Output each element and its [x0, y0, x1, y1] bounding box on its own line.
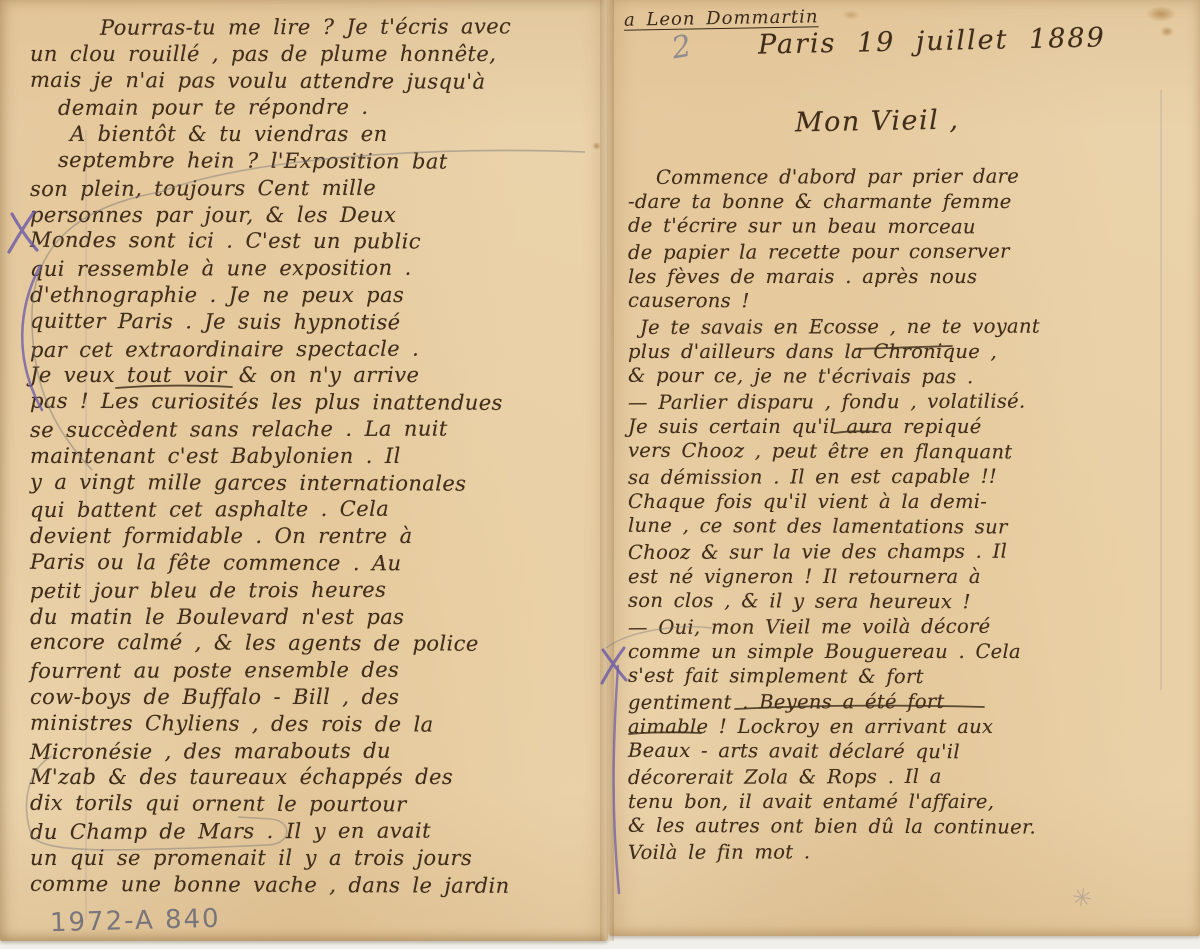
handwriting-line: Chaque fois qu'il vient à la demi- — [628, 489, 1188, 514]
handwriting-line: causerons ! — [628, 288, 1188, 315]
dedication-annotation: a Leon Dommartin — [624, 6, 819, 30]
handwriting-line: fourrent au poste ensemble des — [30, 656, 608, 685]
handwriting-line: du matin le Boulevard n'est pas — [30, 604, 608, 631]
handwriting-line: de papier la recette pour conserver — [628, 238, 1188, 265]
handwriting-line: Beaux - arts avait déclaré qu'il — [628, 738, 1188, 765]
handwriting-line: devient formidable . On rentre à — [30, 523, 608, 550]
handwriting-line: son plein, toujours Cent mille — [30, 174, 608, 203]
handwriting-line: comme un simple Bouguereau . Cela — [628, 639, 1188, 664]
right-page-text: Commence d'abord par prier dare -dare ta… — [628, 164, 1188, 864]
handwriting-line: A bientôt & tu viendras en — [30, 121, 608, 148]
handwriting-line: M'zab & des taureaux échappés des — [30, 764, 608, 791]
salutation: Mon Vieil , — [795, 105, 960, 139]
left-page-text: Pourras-tu me lire ? Je t'écris avec un … — [30, 14, 608, 898]
handwriting-line: gentiment . Beyens a été fort — [628, 688, 1188, 715]
handwriting-line: Mondes sont ici . C'est un public — [30, 227, 608, 256]
handwriting-line: Pourras-tu me lire ? Je t'écris avec — [30, 13, 608, 42]
handwriting-line: les fèves de marais . après nous — [628, 264, 1188, 289]
handwriting-line: Commence d'abord par prier dare — [628, 163, 1188, 190]
handwriting-line: y a vingt mille garces internationales — [30, 468, 608, 497]
handwriting-line: ministres Chyliens , des rois de la — [30, 709, 608, 738]
handwriting-line: par cet extraordinaire spectacle . — [30, 335, 608, 364]
handwriting-line: mais je n'ai pas voulu attendre jusqu'à — [30, 66, 608, 95]
handwriting-line: -dare ta bonne & charmante femme — [628, 189, 1188, 214]
handwriting-line: — Parlier disparu , fondu , volatilisé. — [628, 388, 1188, 415]
handwriting-line: de t'écrire sur un beau morceau — [628, 213, 1188, 240]
handwriting-line: est né vigneron ! Il retournera à — [628, 564, 1188, 589]
handwriting-line: encore calmé , & les agents de police — [30, 629, 608, 658]
handwriting-line: décorerait Zola & Rops . Il a — [628, 763, 1188, 790]
handwriting-line: Je te savais en Ecosse , ne te voyant — [628, 313, 1188, 340]
handwriting-line: — Oui, mon Vieil me voilà décoré — [628, 613, 1188, 640]
handwriting-line: dix torils qui ornent le pourtour — [30, 790, 608, 819]
handwriting-line: plus d'ailleurs dans la Chronique , — [628, 339, 1188, 364]
handwriting-line: & pour ce, je ne t'écrivais pas . — [628, 363, 1188, 390]
handwriting-line: personnes par jour, & les Deux — [30, 202, 608, 229]
handwriting-line: se succèdent sans relache . La nuit — [30, 415, 608, 444]
handwriting-line: septembre hein ? l'Exposition bat — [30, 147, 608, 176]
handwriting-line: pas ! Les curiosités les plus inattendue… — [30, 388, 608, 417]
handwriting-line: un qui se promenait il y a trois jours — [30, 845, 608, 872]
handwriting-line: lune , ce sont des lamentations sur — [628, 513, 1188, 540]
handwriting-line: maintenant c'est Babylonien . Il — [30, 443, 608, 470]
handwriting-line: cow-boys de Buffalo - Bill , des — [30, 684, 608, 711]
handwriting-line: qui battent cet asphalte . Cela — [30, 495, 608, 524]
handwriting-line: aimable ! Lockroy en arrivant aux — [628, 714, 1188, 739]
handwriting-line: s'est fait simplement & fort — [628, 663, 1188, 690]
inventory-number: 1972-A 840 — [50, 904, 221, 938]
letter-scan: a Leon Dommartin 2 Paris 19 juillet 1889… — [0, 0, 1200, 949]
handwriting-line: petit jour bleu de trois heures — [30, 576, 608, 605]
handwriting-line: vers Chooz , peut être en flanquant — [628, 438, 1188, 465]
handwriting-line: comme une bonne vache , dans le jardin — [30, 870, 608, 899]
handwriting-line: Chooz & sur la vie des champs . Il — [628, 538, 1188, 565]
handwriting-line: sa démission . Il en est capable !! — [628, 463, 1188, 490]
handwriting-line: demain pour te répondre . — [30, 93, 608, 122]
handwriting-line: & les autres ont bien dû la continuer. — [628, 813, 1188, 840]
handwriting-line: Je suis certain qu'il aura repiqué — [628, 414, 1188, 439]
handwriting-line: tenu bon, il avait entamé l'affaire, — [628, 789, 1188, 814]
handwriting-line: d'ethnographie . Je ne peux pas — [30, 282, 608, 309]
handwriting-line: du Champ de Mars . Il y en avait — [30, 817, 608, 846]
handwriting-line: quitter Paris . Je suis hypnotisé — [30, 308, 608, 337]
handwriting-line: qui ressemble à une exposition . — [30, 254, 608, 283]
handwriting-line: Micronésie , des marabouts du — [30, 737, 608, 766]
handwriting-line: son clos , & il y sera heureux ! — [628, 588, 1188, 615]
handwriting-line: un clou rouillé , pas de plume honnête, — [30, 41, 608, 68]
handwriting-line: Paris ou la fête commence . Au — [30, 549, 608, 578]
handwriting-line: Je veux tout voir & on n'y arrive — [30, 362, 608, 389]
handwriting-line: Voilà le fin mot . — [628, 838, 1188, 865]
